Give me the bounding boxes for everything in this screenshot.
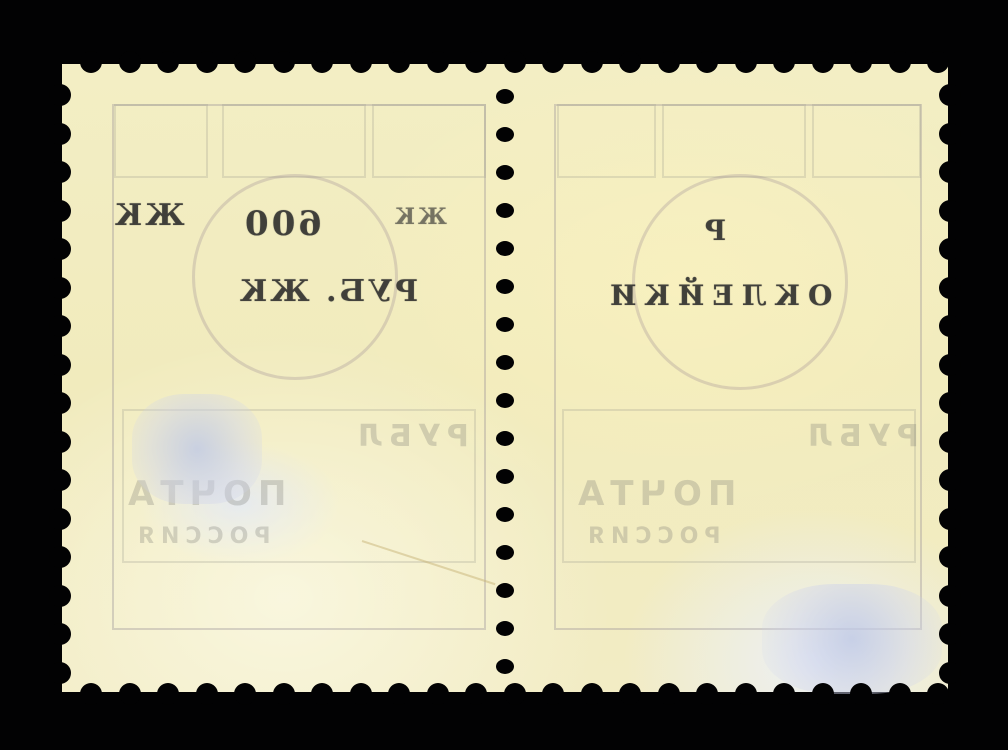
perforation-hole (49, 392, 71, 414)
perforation-hole (939, 84, 961, 106)
perforation-hole (939, 123, 961, 145)
perforation-hole (496, 203, 514, 218)
left-top-box-3 (372, 104, 486, 178)
right-overprint-line: ОКЛЕЙКИ (602, 279, 832, 312)
perforation-hole (939, 585, 961, 607)
left-overprint-currency: РУБ. ЖК (237, 274, 418, 309)
perforation-hole (939, 508, 961, 530)
perforation-hole (504, 51, 526, 73)
perforation-hole (496, 393, 514, 408)
perforation-hole (939, 662, 961, 684)
perforation-hole (49, 585, 71, 607)
perforation-hole (619, 51, 641, 73)
perforation-hole (542, 51, 564, 73)
right-thin-stain (762, 584, 942, 694)
perforation-hole (388, 683, 410, 705)
perforation-hole (542, 683, 564, 705)
perforation-hole (496, 621, 514, 636)
perforation-hole (49, 315, 71, 337)
perforation-hole (196, 683, 218, 705)
perforation-hole (234, 683, 256, 705)
perforation-hole (49, 123, 71, 145)
perforation-hole (49, 623, 71, 645)
perforation-hole (619, 683, 641, 705)
perforation-hole (496, 659, 514, 674)
perforation-hole (234, 51, 256, 73)
perforation-hole (850, 683, 872, 705)
perforation-hole (773, 683, 795, 705)
right-overprint-mark: Р (702, 214, 726, 247)
perforation-hole (658, 683, 680, 705)
perforation-hole (49, 161, 71, 183)
perforation-hole (735, 51, 757, 73)
right-ghost-text-3: РОССИЯ (582, 524, 720, 549)
perforation-hole (273, 683, 295, 705)
perforation-hole (157, 683, 179, 705)
perforation-hole (812, 51, 834, 73)
perforation-hole (496, 127, 514, 142)
perforation-hole (119, 683, 141, 705)
left-thin-stain (132, 394, 262, 504)
perforation-hole (939, 238, 961, 260)
right-top-box-2 (662, 104, 806, 178)
perforation-hole (939, 392, 961, 414)
perforation-hole (49, 238, 71, 260)
perforation-hole (119, 51, 141, 73)
perforation-hole (80, 51, 102, 73)
photo-background: ЖК 600 ЖК РУБ. ЖК РУБЛ ПОЧТА РОССИЯ Р ОК… (0, 0, 1008, 750)
perforation-hole (496, 469, 514, 484)
left-top-box-1 (114, 104, 208, 178)
perforation-hole (889, 683, 911, 705)
right-top-box-3 (812, 104, 921, 178)
perforation-hole (311, 683, 333, 705)
perforation-hole (496, 545, 514, 560)
perforation-hole (496, 583, 514, 598)
perforation-hole (388, 51, 410, 73)
perforation-hole (465, 683, 487, 705)
perforation-hole (850, 51, 872, 73)
perforation-hole (504, 683, 526, 705)
perforation-hole (939, 431, 961, 453)
perforation-hole (696, 683, 718, 705)
perforation-hole (49, 200, 71, 222)
perforation-hole (80, 683, 102, 705)
right-ghost-text-2: ПОЧТА (572, 474, 736, 514)
perforation-hole (889, 51, 911, 73)
perforation-hole (939, 315, 961, 337)
left-overprint-mark-2: ЖК (392, 204, 447, 230)
perforation-hole (465, 51, 487, 73)
perforation-hole (496, 279, 514, 294)
perforation-hole (939, 161, 961, 183)
left-top-box-2 (222, 104, 366, 178)
perforation-hole (49, 84, 71, 106)
perforation-hole (696, 51, 718, 73)
perforation-hole (735, 683, 757, 705)
perforation-hole (581, 683, 603, 705)
perforation-hole (49, 546, 71, 568)
perforation-hole (196, 51, 218, 73)
perforation-hole (581, 51, 603, 73)
perforation-hole (939, 200, 961, 222)
perforation-hole (939, 623, 961, 645)
perforation-hole (496, 241, 514, 256)
stamp-pair-back: ЖК 600 ЖК РУБ. ЖК РУБЛ ПОЧТА РОССИЯ Р ОК… (62, 64, 948, 692)
perforation-hole (773, 51, 795, 73)
perforation-hole (427, 683, 449, 705)
right-ghost-text-1: РУБЛ (802, 419, 919, 454)
perforation-hole (49, 508, 71, 530)
left-ghost-text-3: РОССИЯ (132, 524, 270, 549)
perforation-hole (350, 51, 372, 73)
perforation-hole (49, 354, 71, 376)
perforation-hole (496, 431, 514, 446)
perforation-hole (496, 317, 514, 332)
perforation-hole (496, 89, 514, 104)
perforation-hole (812, 683, 834, 705)
perforation-hole (496, 507, 514, 522)
perforation-hole (273, 51, 295, 73)
left-overprint-value: 600 (242, 204, 322, 244)
perforation-hole (427, 51, 449, 73)
left-overprint-mark-1: ЖК (112, 198, 185, 233)
perforation-hole (658, 51, 680, 73)
perforation-hole (49, 662, 71, 684)
perforation-hole (927, 683, 949, 705)
perforation-hole (496, 165, 514, 180)
perforation-hole (49, 277, 71, 299)
perforation-hole (350, 683, 372, 705)
perforation-hole (49, 469, 71, 491)
perforation-hole (157, 51, 179, 73)
perforation-hole (496, 355, 514, 370)
perforation-hole (939, 277, 961, 299)
left-ghost-text-1: РУБЛ (352, 419, 469, 454)
perforation-hole (927, 51, 949, 73)
perforation-hole (49, 431, 71, 453)
perforation-hole (939, 354, 961, 376)
perforation-hole (939, 469, 961, 491)
perforation-hole (311, 51, 333, 73)
perforation-hole (939, 546, 961, 568)
right-top-box-1 (557, 104, 656, 178)
